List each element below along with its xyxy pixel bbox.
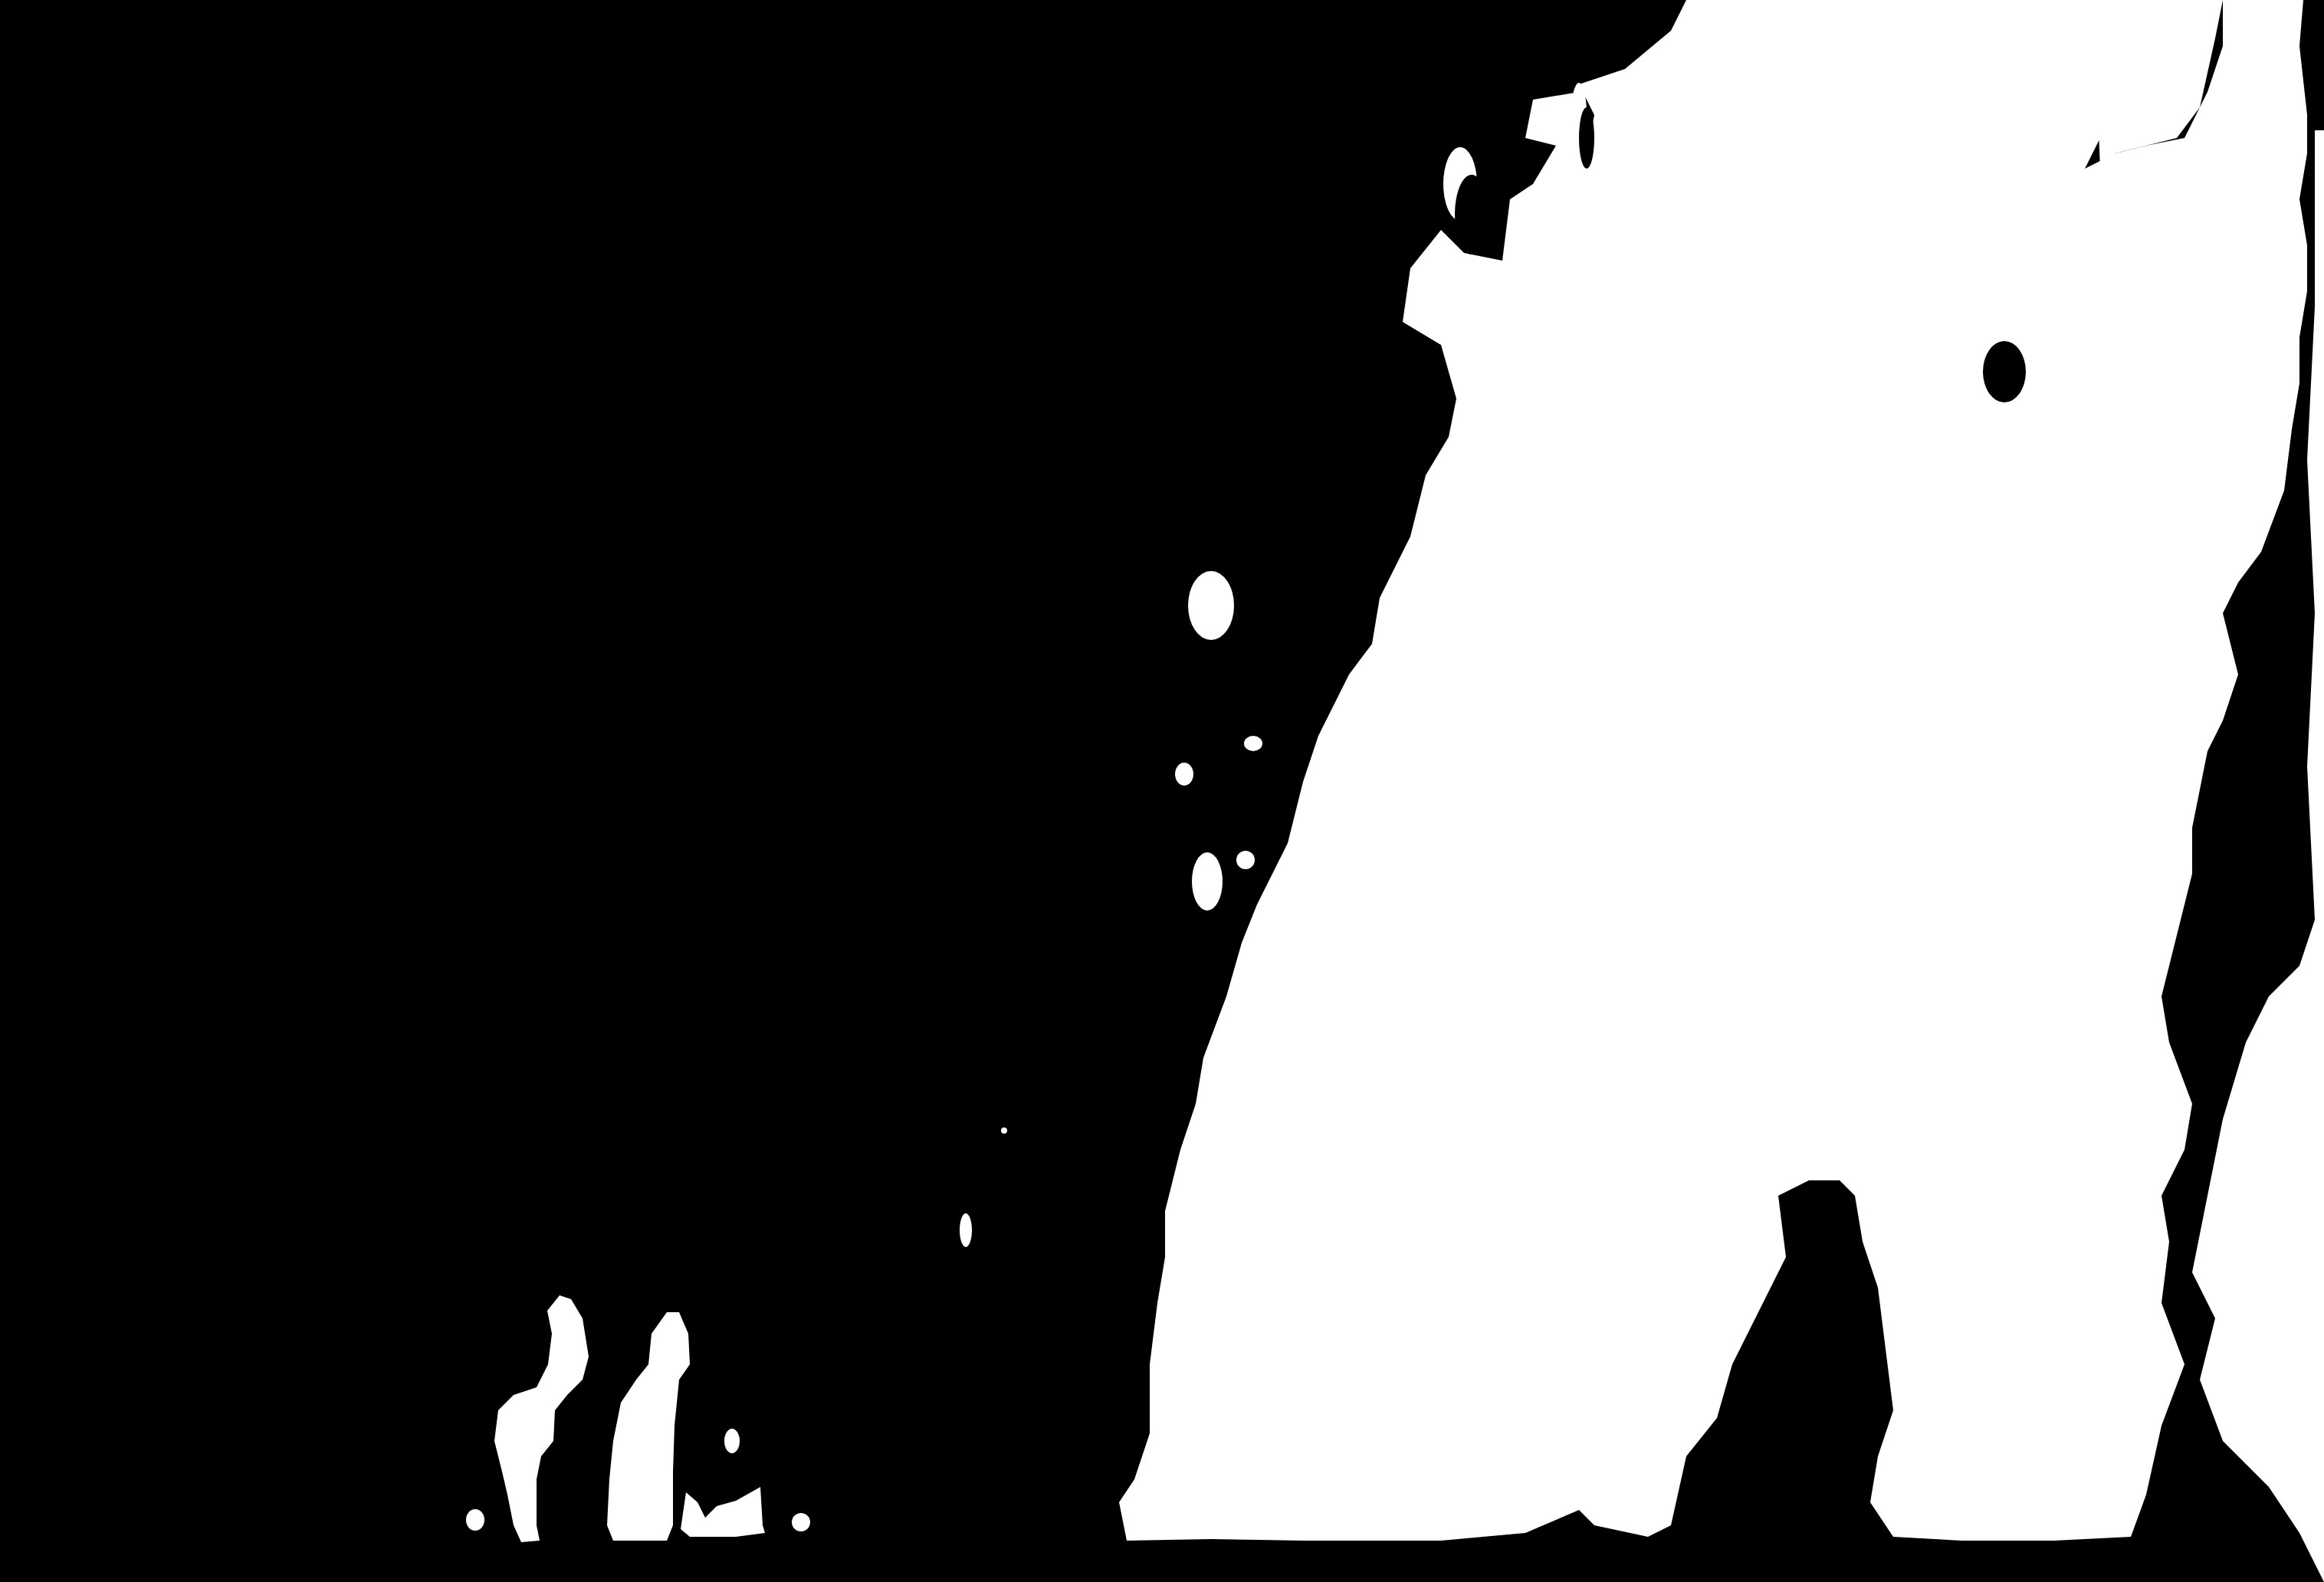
mask-hole bbox=[1455, 175, 1489, 254]
mask-blob bbox=[1001, 1127, 1007, 1134]
mask-blob bbox=[1385, 1186, 1390, 1190]
mask-blob bbox=[724, 1429, 740, 1453]
mask-blob bbox=[1972, 769, 1991, 772]
mask-blob bbox=[1315, 1289, 1330, 1317]
mask-blob bbox=[1175, 763, 1193, 786]
mask-blob bbox=[1188, 571, 1234, 640]
mask-blob bbox=[1244, 736, 1262, 751]
mask-blob bbox=[1192, 852, 1223, 911]
mask-blob bbox=[1270, 1229, 1282, 1247]
mask-hole bbox=[1983, 341, 2026, 402]
mask-blob bbox=[1838, 637, 1856, 658]
mask-hole bbox=[1579, 107, 1594, 169]
segmentation-mask bbox=[0, 0, 2324, 1582]
mask-blob bbox=[792, 1513, 810, 1531]
mask-blob bbox=[466, 1509, 484, 1531]
mask-blob bbox=[960, 1213, 972, 1247]
mask-blob bbox=[1236, 851, 1255, 869]
